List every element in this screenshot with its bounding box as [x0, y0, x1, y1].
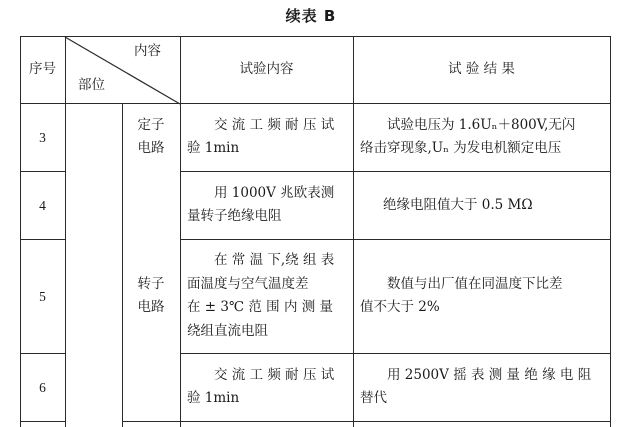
- row-result: 用 2500V 摇 表 测 量 绝 缘 电 阻 替代: [353, 364, 610, 410]
- header-diag-bottom: 部位: [78, 74, 105, 97]
- group-rotor-line2: 电路: [138, 296, 165, 319]
- header-diag-top: 内容: [134, 40, 161, 63]
- group-stator: 定子 电路: [122, 103, 180, 171]
- row-seq: 6: [20, 353, 65, 421]
- row-content: 用 1000V 兆欧表测 量转子绝缘电阻: [180, 182, 353, 228]
- row-seq: 3: [20, 103, 65, 171]
- group-stator-line2: 电路: [138, 137, 165, 160]
- group-stator-line1: 定子: [138, 114, 165, 137]
- row-content: 在 常 温 下,绕 组 表 面温度与空气温度差 在 ± 3℃ 范 围 内 测 量…: [180, 249, 353, 343]
- header-seq: 序号: [20, 36, 65, 103]
- row-result: 数值与出厂值在同温度下比差 值不大于 2%: [353, 273, 610, 319]
- group-rotor-line1: 转子: [138, 273, 165, 296]
- row-seq: 4: [20, 171, 65, 239]
- group-rotor: 转子 电路: [122, 250, 180, 342]
- header-test-result: 试 验 结 果: [353, 36, 610, 103]
- row-result: 试验电压为 1.6Uₙ＋800V,无闪 络击穿现象,Uₙ 为发电机额定电压: [353, 114, 610, 160]
- header-test-content: 试验内容: [180, 36, 353, 103]
- row-content: 交 流 工 频 耐 压 试 验 1min: [180, 114, 353, 160]
- row-result: 绝缘电阻值大于 0.5 MΩ: [353, 171, 610, 239]
- row-seq: 5: [20, 239, 65, 353]
- row-content: 交 流 工 频 耐 压 试 验 1min: [180, 364, 353, 410]
